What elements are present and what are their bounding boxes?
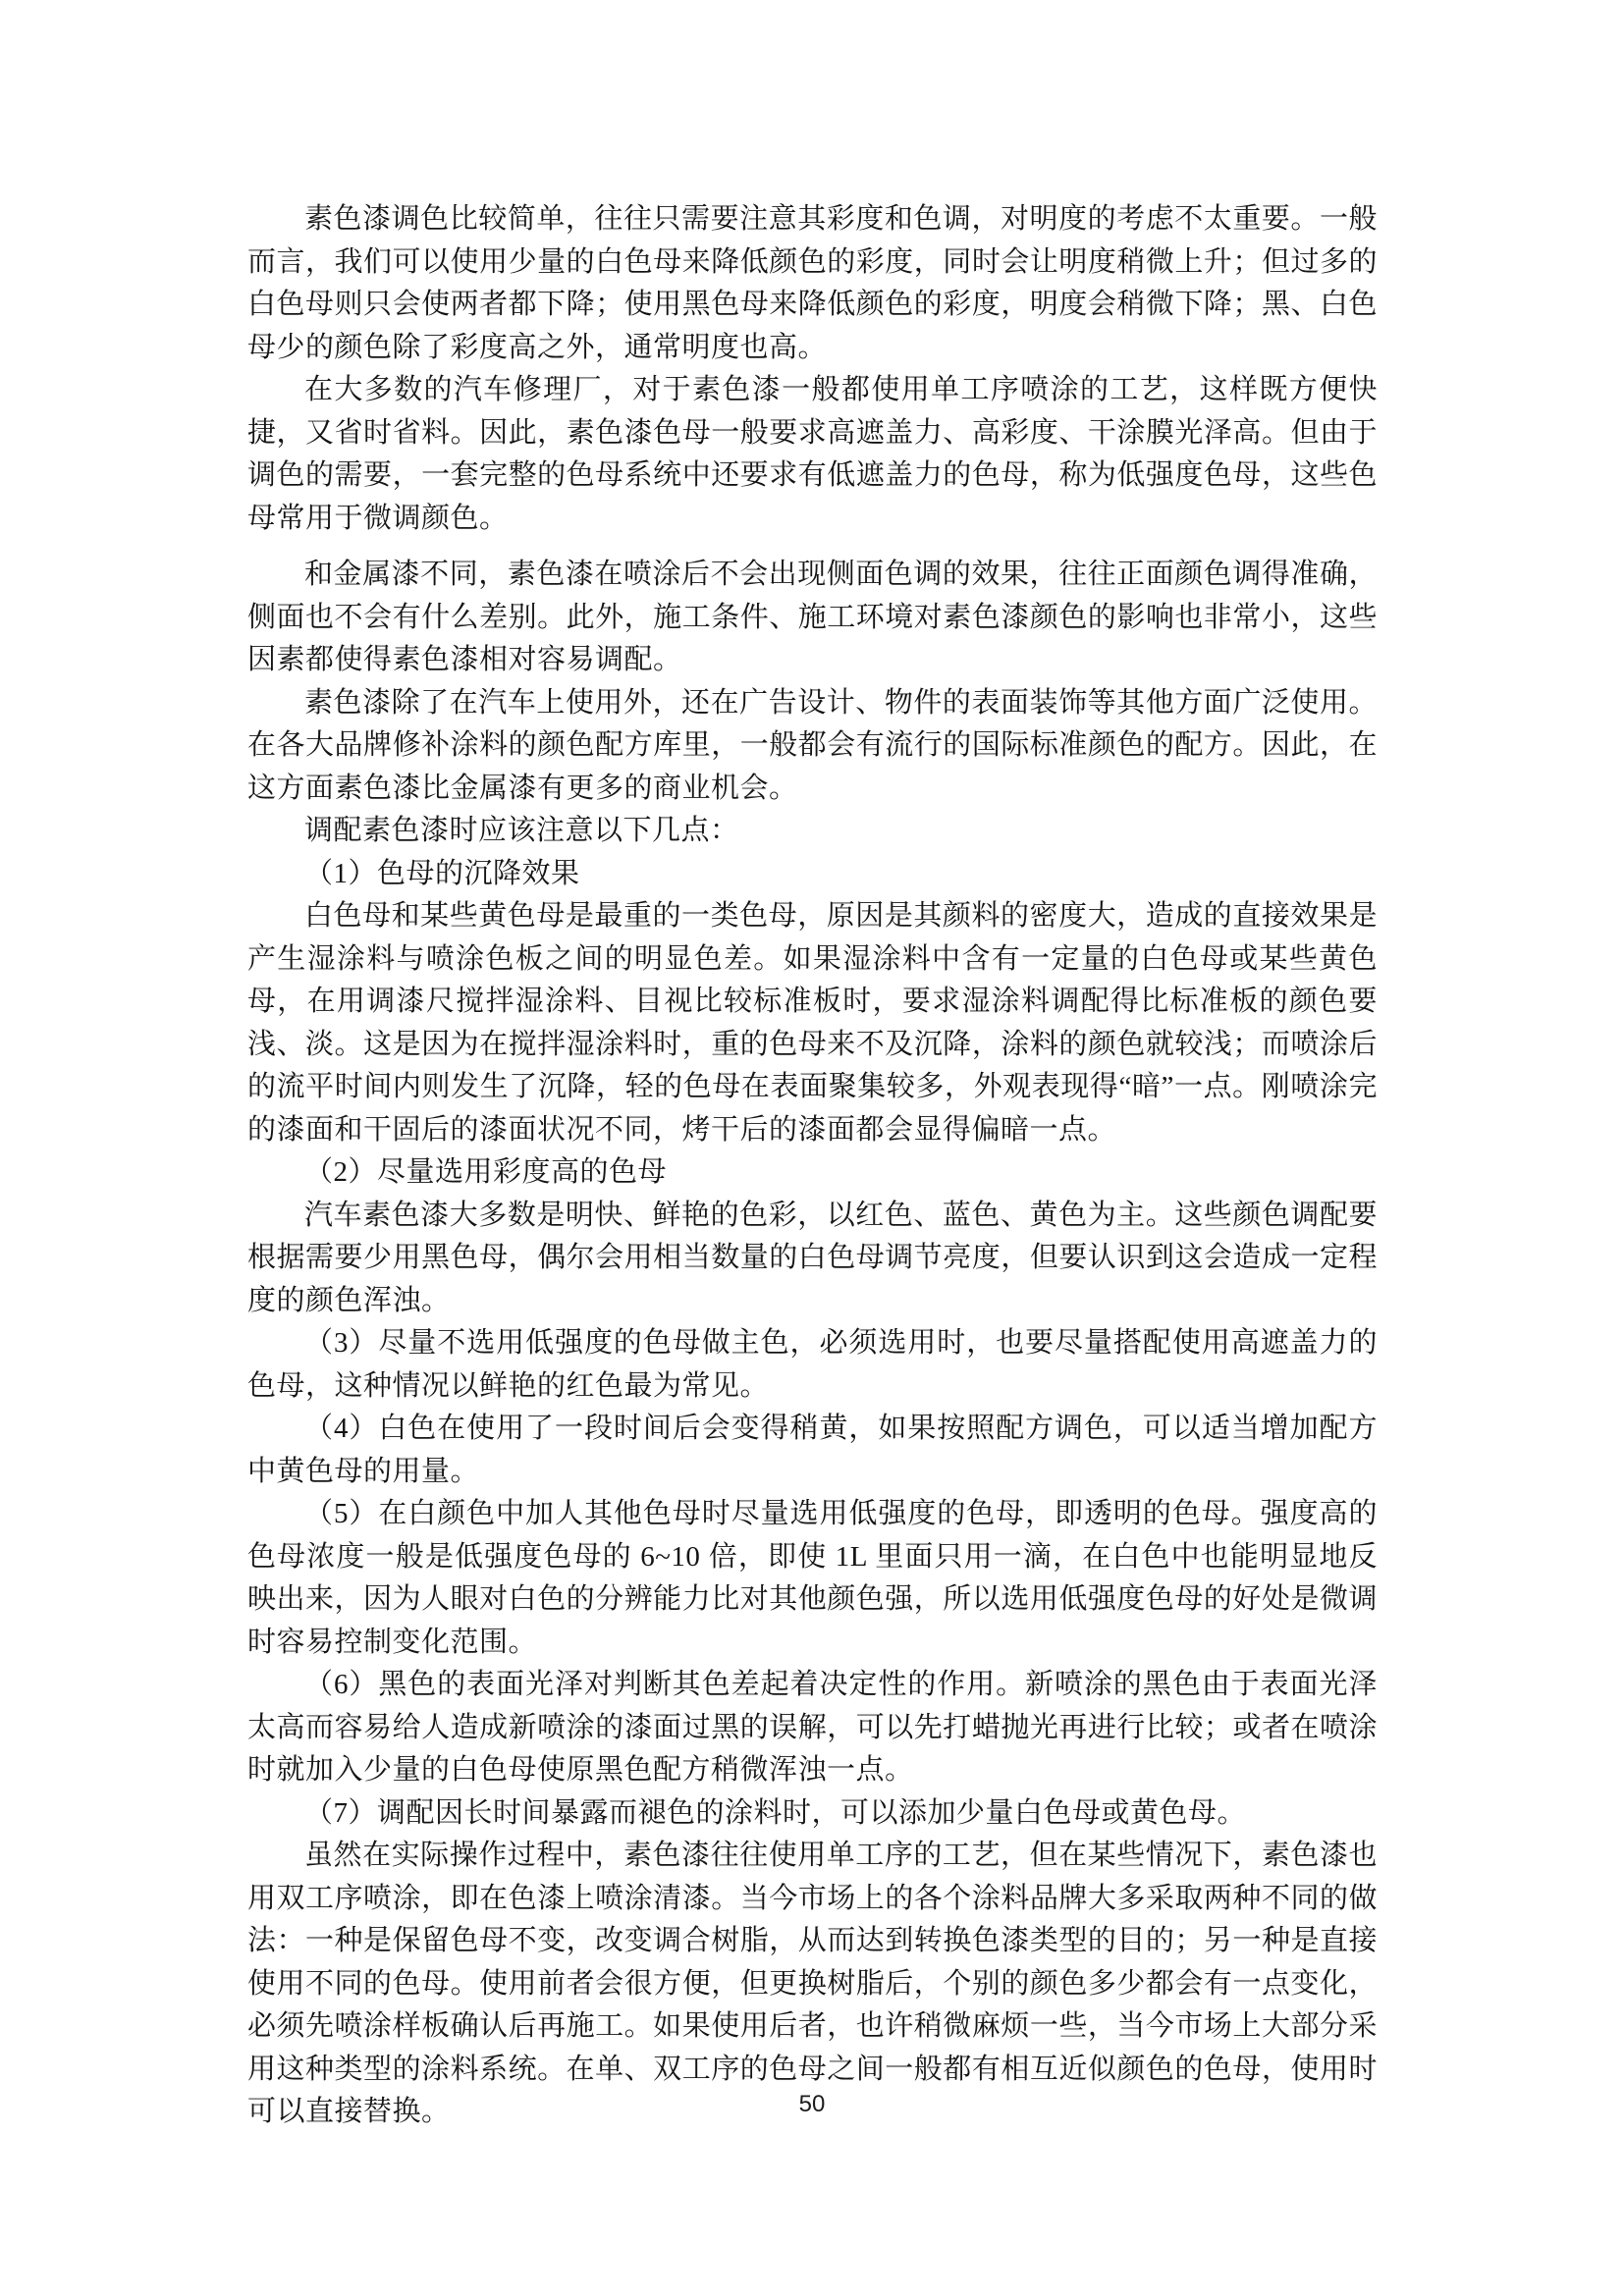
document-body: 素色漆调色比较简单，往往只需要注意其彩度和色调，对明度的考虑不太重要。一般而言，…	[247, 198, 1378, 2134]
paragraph: （5）在白颜色中加人其他色母时尽量选用低强度的色母，即透明的色母。强度高的色母浓…	[247, 1493, 1378, 1664]
paragraph: （4）白色在使用了一段时间后会变得稍黄，如果按照配方调色，可以适当增加配方中黄色…	[247, 1408, 1378, 1493]
paragraph: （7）调配因长时间暴露而褪色的涂料时，可以添加少量白色母或黄色母。	[247, 1792, 1378, 1836]
paragraph: 白色母和某些黄色母是最重的一类色母，原因是其颜料的密度大，造成的直接效果是产生湿…	[247, 895, 1378, 1151]
paragraph: 素色漆除了在汽车上使用外，还在广告设计、物件的表面装饰等其他方面广泛使用。在各大…	[247, 682, 1378, 811]
paragraph: 在大多数的汽车修理厂，对于素色漆一般都使用单工序喷涂的工艺，这样既方便快捷，又省…	[247, 369, 1378, 540]
paragraph: 汽车素色漆大多数是明快、鲜艳的色彩，以红色、蓝色、黄色为主。这些颜色调配要根据需…	[247, 1195, 1378, 1323]
paragraph: 素色漆调色比较简单，往往只需要注意其彩度和色调，对明度的考虑不太重要。一般而言，…	[247, 198, 1378, 369]
paragraph: 虽然在实际操作过程中，素色漆往往使用单工序的工艺，但在某些情况下，素色漆也用双工…	[247, 1835, 1378, 2134]
paragraph: 和金属漆不同，素色漆在喷涂后不会出现侧面色调的效果，往往正面颜色调得准确，侧面也…	[247, 554, 1378, 682]
page-number: 50	[0, 2091, 1624, 2118]
paragraph: （2）尽量选用彩度高的色母	[247, 1151, 1378, 1195]
paragraph: （6）黑色的表面光泽对判断其色差起着决定性的作用。新喷涂的黑色由于表面光泽太高而…	[247, 1664, 1378, 1792]
paragraph: （1）色母的沉降效果	[247, 853, 1378, 896]
paragraph: 调配素色漆时应该注意以下几点：	[247, 810, 1378, 853]
paragraph: （3）尽量不选用低强度的色母做主色，必须选用时，也要尽量搭配使用高遮盖力的色母，…	[247, 1322, 1378, 1408]
document-page: 素色漆调色比较简单，往往只需要注意其彩度和色调，对明度的考虑不太重要。一般而言，…	[0, 0, 1624, 2296]
